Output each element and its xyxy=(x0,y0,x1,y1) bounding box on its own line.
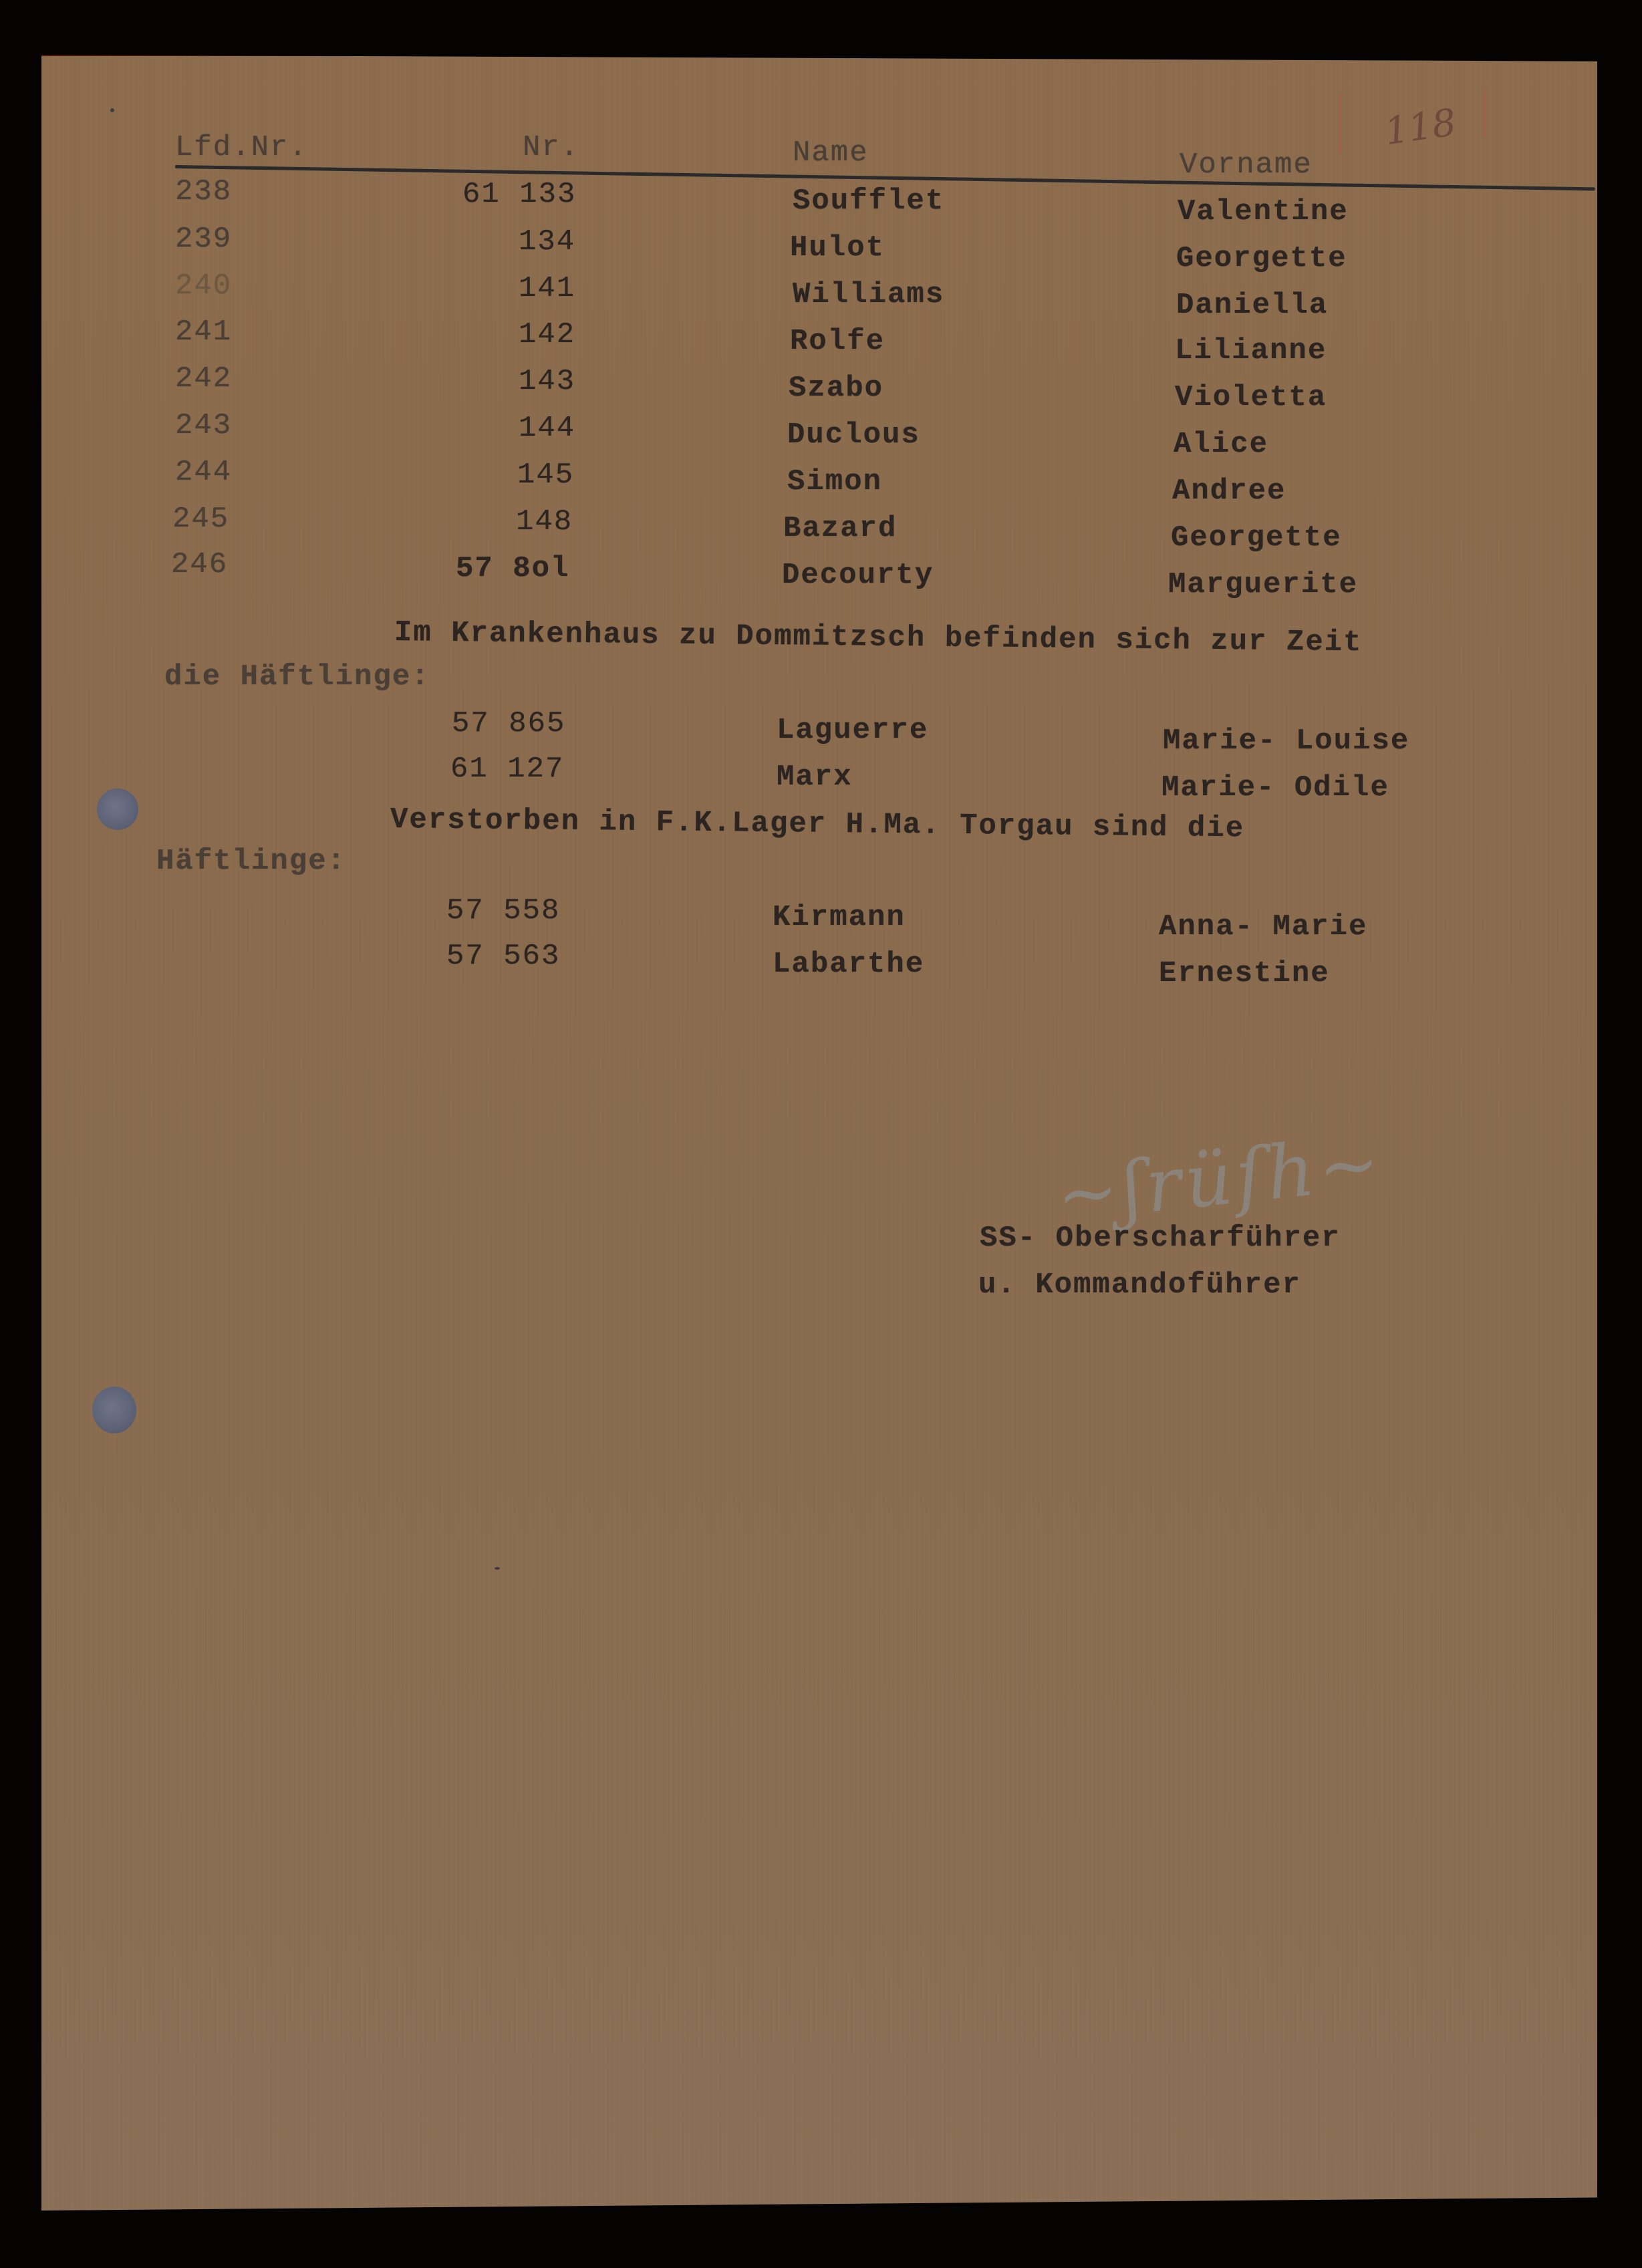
entry-vorname: Marie- Odile xyxy=(1161,771,1389,805)
red-margin-mark xyxy=(1340,94,1341,154)
cell-vorname: Valentine xyxy=(1178,195,1349,229)
cell-lfd: 240 xyxy=(175,269,232,303)
cell-name: Simon xyxy=(787,465,882,499)
cell-lfd: 241 xyxy=(175,315,232,349)
cell-vorname: Lilianne xyxy=(1175,334,1327,368)
cell-lfd: 245 xyxy=(172,503,229,536)
cell-lfd: 243 xyxy=(175,409,232,442)
cell-nr: 141 xyxy=(519,272,575,305)
column-header-name: Name xyxy=(793,136,869,170)
deceased-paragraph-line2: Häftlinge: xyxy=(156,845,346,878)
cell-lfd: 246 xyxy=(171,548,228,581)
column-header-lfd-nr: Lfd.Nr. xyxy=(175,131,308,164)
cell-name: Duclous xyxy=(787,418,920,452)
cell-vorname: Georgette xyxy=(1176,242,1347,275)
cell-name: Szabo xyxy=(789,372,883,405)
entry-name: Kirmann xyxy=(773,901,906,934)
entry-name: Marx xyxy=(777,760,853,794)
entry-nr: 57 563 xyxy=(446,940,560,973)
signature-title-line2: u. Kommandoführer xyxy=(978,1268,1301,1302)
cell-vorname: Georgette xyxy=(1171,521,1342,555)
cell-name: Williams xyxy=(793,278,944,311)
cell-vorname: Andree xyxy=(1172,474,1286,508)
entry-nr: 61 127 xyxy=(450,752,564,786)
cell-name: Hulot xyxy=(790,231,885,265)
entry-nr: 57 865 xyxy=(452,707,565,740)
cell-nr: 143 xyxy=(519,365,575,398)
cell-name: Rolfe xyxy=(790,325,885,358)
cell-lfd: 238 xyxy=(175,175,232,208)
entry-vorname: Ernestine xyxy=(1159,957,1330,990)
ink-speck xyxy=(495,1567,500,1570)
punch-hole xyxy=(97,789,138,830)
cell-lfd: 244 xyxy=(175,456,232,489)
cell-name: Soufflet xyxy=(793,184,944,218)
entry-nr: 57 558 xyxy=(446,894,560,928)
cell-nr: 134 xyxy=(519,225,575,259)
cell-nr: 61 133 xyxy=(462,178,576,211)
punch-hole xyxy=(92,1387,136,1433)
cell-lfd: 239 xyxy=(175,223,232,256)
ink-speck xyxy=(110,108,114,112)
cell-vorname: Marguerite xyxy=(1168,568,1358,601)
entry-vorname: Anna- Marie xyxy=(1159,910,1367,944)
cell-vorname: Violetta xyxy=(1175,381,1327,414)
cell-vorname: Daniella xyxy=(1176,289,1328,322)
column-header-nr: Nr. xyxy=(523,131,579,164)
entry-name: Labarthe xyxy=(773,948,924,981)
cell-nr: 142 xyxy=(519,318,575,351)
column-header-vorname: Vorname xyxy=(1180,148,1313,182)
cell-name: Decourty xyxy=(782,559,934,592)
cell-name: Bazard xyxy=(783,512,897,545)
cell-lfd: 242 xyxy=(175,362,232,396)
cell-nr: 145 xyxy=(517,458,574,492)
signature-title-line1: SS- Oberscharführer xyxy=(980,1222,1341,1255)
red-margin-mark xyxy=(1484,90,1485,137)
cell-nr: 144 xyxy=(519,412,575,445)
cell-vorname: Alice xyxy=(1174,428,1268,461)
entry-vorname: Marie- Louise xyxy=(1163,724,1409,758)
hospital-paragraph-line2: die Häftlinge: xyxy=(164,660,430,694)
cell-nr: 148 xyxy=(516,505,573,539)
entry-name: Laguerre xyxy=(777,714,928,747)
cell-nr: 57 8ol xyxy=(456,552,569,585)
